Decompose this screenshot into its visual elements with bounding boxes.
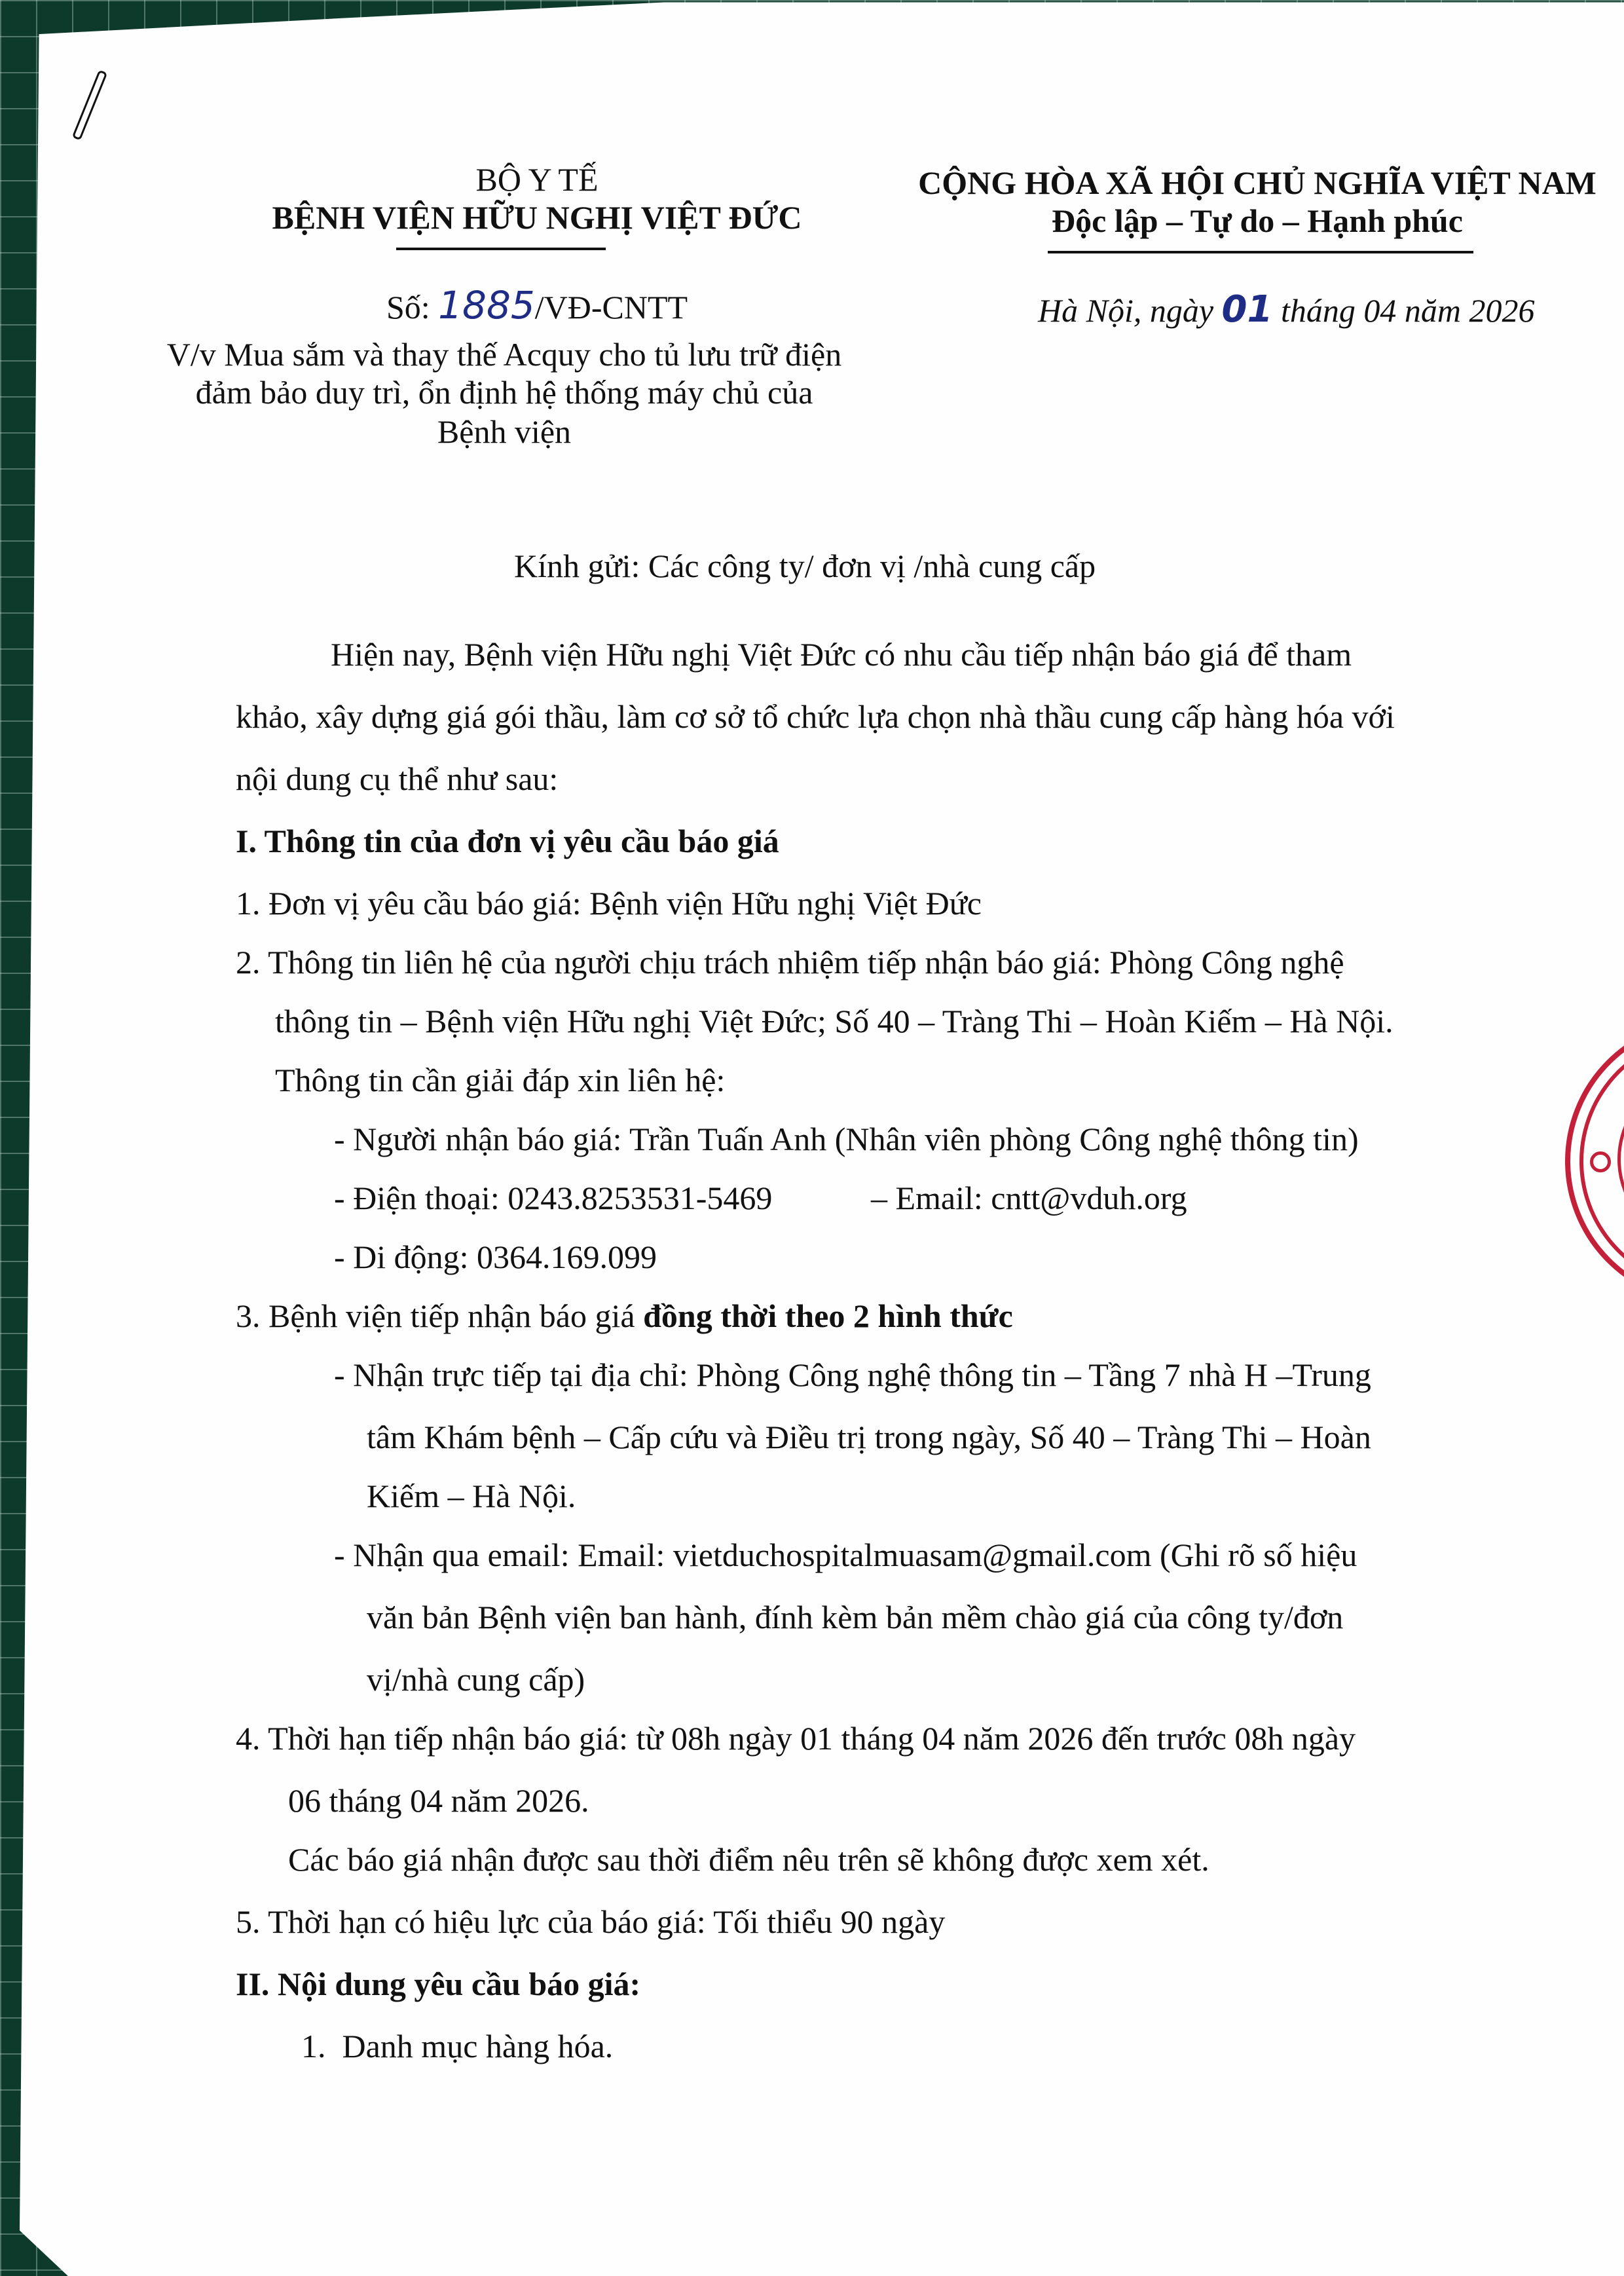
subject-line-3: Bệnh viện bbox=[118, 413, 891, 451]
contact-mobile: - Di động: 0364.169.099 bbox=[334, 1238, 657, 1276]
section-1-item-4-note: Các báo giá nhận được sau thời điểm nêu … bbox=[288, 1840, 1209, 1878]
motto: Độc lập – Tự do – Hạnh phúc bbox=[884, 202, 1624, 240]
contact-person: - Người nhận báo giá: Trần Tuấn Anh (Nhâ… bbox=[334, 1120, 1359, 1158]
email-receipt-line-1: - Nhận qua email: Email: vietduchospital… bbox=[334, 1536, 1357, 1574]
section-2-item-1: 1. Danh mục hàng hóa. bbox=[301, 2027, 613, 2065]
item-3-prefix: 3. Bệnh viện tiếp nhận báo giá bbox=[236, 1297, 643, 1334]
document-number: Số: 1885/VĐ-CNTT bbox=[210, 283, 864, 327]
doc-number-label: Số: bbox=[386, 289, 430, 326]
section-1-heading: I. Thông tin của đơn vị yêu cầu báo giá bbox=[236, 822, 779, 860]
section-2-heading: II. Nội dung yêu cầu báo giá: bbox=[236, 1965, 640, 2003]
section-1-item-2-line-3: Thông tin cần giải đáp xin liên hệ: bbox=[275, 1061, 725, 1099]
official-seal-stamp: B H V bbox=[1565, 1018, 1624, 1304]
stamp-star-icon bbox=[1590, 1151, 1611, 1172]
stamp-inner-ring bbox=[1617, 1071, 1624, 1248]
section-1-item-2-line-2: thông tin – Bệnh viện Hữu nghị Việt Đức;… bbox=[275, 1002, 1393, 1040]
intro-line-2: khảo, xây dựng giá gói thầu, làm cơ sở t… bbox=[236, 698, 1395, 736]
subject-line-1: V/v Mua sắm và thay thế Acquy cho tủ lưu… bbox=[118, 335, 891, 373]
section-2-item-1-text: Danh mục hàng hóa. bbox=[342, 2028, 614, 2064]
hospital-name: BỆNH VIỆN HỮU NGHỊ VIỆT ĐỨC bbox=[210, 198, 864, 236]
date-suffix: tháng 04 năm 2026 bbox=[1281, 292, 1535, 329]
contact-email[interactable]: – Email: cntt@vduh.org bbox=[871, 1179, 1187, 1217]
subject-line-2: đảm bảo duy trì, ổn định hệ thống máy ch… bbox=[118, 373, 891, 411]
intro-line-1: Hiện nay, Bệnh viện Hữu nghị Việt Đức có… bbox=[331, 635, 1352, 673]
direct-receipt-line-1: - Nhận trực tiếp tại địa chỉ: Phòng Công… bbox=[334, 1356, 1371, 1394]
section-2-item-1-number: 1. bbox=[301, 2028, 326, 2064]
direct-receipt-line-2: tâm Khám bệnh – Cấp cứu và Điều trị tron… bbox=[367, 1418, 1371, 1456]
hospital-underline bbox=[396, 248, 606, 250]
doc-number-suffix: /VĐ-CNTT bbox=[535, 289, 688, 326]
email-receipt-line-2: văn bản Bệnh viện ban hành, đính kèm bản… bbox=[367, 1598, 1343, 1636]
motto-underline bbox=[1048, 251, 1473, 253]
date-line: Hà Nội, ngày 01 tháng 04 năm 2026 bbox=[1038, 288, 1534, 331]
section-1-item-4-line-2: 06 tháng 04 năm 2026. bbox=[288, 1782, 589, 1819]
section-1-item-4-line-1: 4. Thời hạn tiếp nhận báo giá: từ 08h ng… bbox=[236, 1719, 1356, 1757]
section-1-item-2-line-1: 2. Thông tin liên hệ của người chịu trác… bbox=[236, 943, 1344, 981]
nation-title: CỘNG HÒA XÃ HỘI CHỦ NGHĨA VIỆT NAM bbox=[884, 164, 1624, 202]
email-receipt-line-3: vị/nhà cung cấp) bbox=[367, 1660, 585, 1698]
section-1-item-5: 5. Thời hạn có hiệu lực của báo giá: Tối… bbox=[236, 1903, 945, 1941]
doc-number-handwritten: 1885 bbox=[438, 283, 535, 327]
section-1-item-1: 1. Đơn vị yêu cầu báo giá: Bệnh viện Hữu… bbox=[236, 884, 982, 922]
ministry-name: BỘ Y TẾ bbox=[210, 160, 864, 198]
item-3-bold: đồng thời theo 2 hình thức bbox=[643, 1297, 1013, 1334]
section-1-item-3: 3. Bệnh viện tiếp nhận báo giá đồng thời… bbox=[236, 1297, 1013, 1335]
date-prefix: Hà Nội, ngày bbox=[1038, 292, 1213, 329]
contact-phone: - Điện thoại: 0243.8253531-5469 bbox=[334, 1179, 772, 1217]
handwritten-slash-mark bbox=[72, 69, 108, 140]
intro-line-3: nội dung cụ thể như sau: bbox=[236, 760, 558, 798]
date-day-handwritten: 01 bbox=[1222, 288, 1273, 331]
direct-receipt-line-3: Kiếm – Hà Nội. bbox=[367, 1477, 576, 1515]
salutation: Kính gửi: Các công ty/ đơn vị /nhà cung … bbox=[514, 547, 1096, 585]
document-page: BỘ Y TẾ BỆNH VIỆN HỮU NGHỊ VIỆT ĐỨC Số: … bbox=[20, 0, 1624, 2276]
